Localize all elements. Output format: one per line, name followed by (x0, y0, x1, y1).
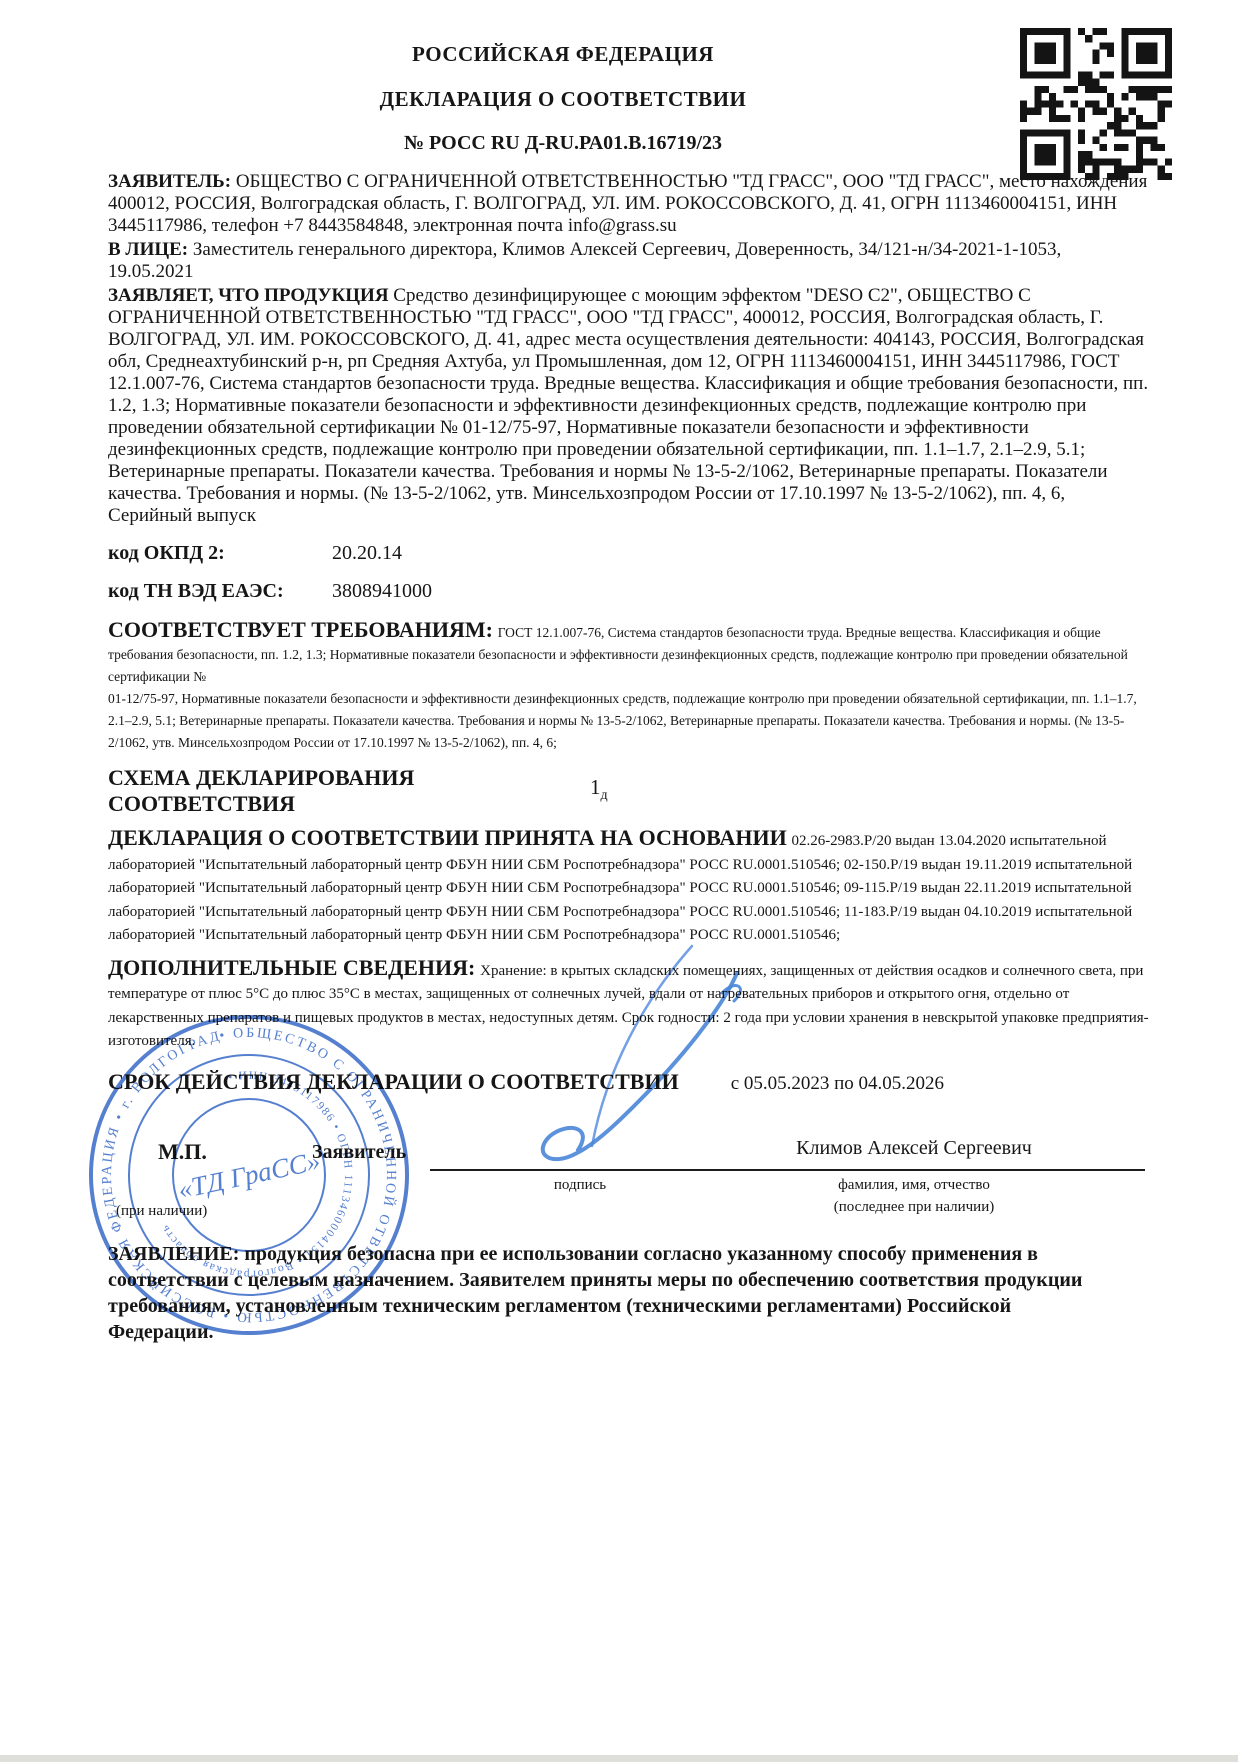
scheme-label: СХЕМА ДЕКЛАРИРОВАНИЯ СООТВЕТСТВИЯ (108, 765, 528, 817)
okpd-row: код ОКПД 2: 20.20.14 (108, 542, 1150, 565)
applicant-text: ОБЩЕСТВО С ОГРАНИЧЕННОЙ ОТВЕТСТВЕННОСТЬЮ… (108, 171, 1147, 236)
complies-label: СООТВЕТСТВУЕТ ТРЕБОВАНИЯМ: (108, 617, 493, 642)
declaration-document: РОССИЙСКАЯ ФЕДЕРАЦИЯ ДЕКЛАРАЦИЯ О СООТВЕ… (0, 0, 1238, 1762)
stamp-center-text: «ТД ГраСС» (175, 1145, 322, 1204)
document-number: № РОСС RU Д-RU.РА01.В.16719/23 (108, 132, 1018, 155)
company-stamp: • ОБЩЕСТВО С ОГРАНИЧЕННОЙ ОТВЕТСТВЕННОСТ… (51, 977, 447, 1373)
okpd-value: 20.20.14 (332, 542, 402, 565)
document-title: ДЕКЛАРАЦИЯ О СООТВЕТСТВИИ (108, 87, 1018, 112)
tnved-row: код ТН ВЭД ЕАЭС: 3808941000 (108, 580, 1150, 603)
scan-artifact-bar (0, 1755, 1238, 1762)
tnved-label: код ТН ВЭД ЕАЭС: (108, 580, 332, 603)
declares-paragraph: ЗАЯВЛЯЕТ, ЧТО ПРОДУКЦИЯ Средство дезинфи… (108, 285, 1150, 527)
country-title: РОССИЙСКАЯ ФЕДЕРАЦИЯ (108, 42, 1018, 67)
basis-paragraph: ДЕКЛАРАЦИЯ О СООТВЕТСТВИИ ПРИНЯТА НА ОСН… (108, 827, 1150, 947)
complies-text: ГОСТ 12.1.007-76, Система стандартов без… (108, 625, 1137, 750)
basis-label: ДЕКЛАРАЦИЯ О СООТВЕТСТВИИ ПРИНЯТА НА ОСН… (108, 825, 787, 850)
scheme-value-sub: д (601, 788, 608, 803)
scheme-value-main: 1 (590, 775, 601, 799)
handwritten-signature (392, 938, 772, 1208)
okpd-label: код ОКПД 2: (108, 542, 332, 565)
declares-label: ЗАЯВЛЯЕТ, ЧТО ПРОДУКЦИЯ (108, 285, 389, 306)
scheme-value: 1д (590, 775, 608, 804)
in-person-paragraph: В ЛИЦЕ: Заместитель генерального директо… (108, 239, 1150, 283)
applicant-paragraph: ЗАЯВИТЕЛЬ: ОБЩЕСТВО С ОГРАНИЧЕННОЙ ОТВЕТ… (108, 171, 1150, 237)
scheme-row: СХЕМА ДЕКЛАРИРОВАНИЯ СООТВЕТСТВИЯ 1д (108, 765, 1150, 817)
in-person-text: Заместитель генерального директора, Клим… (108, 239, 1061, 282)
tnved-value: 3808941000 (332, 580, 432, 603)
document-header: РОССИЙСКАЯ ФЕДЕРАЦИЯ ДЕКЛАРАЦИЯ О СООТВЕ… (108, 42, 1018, 155)
applicant-label: ЗАЯВИТЕЛЬ: (108, 171, 231, 192)
declares-text: Средство дезинфицирующее с моющим эффект… (108, 285, 1148, 526)
complies-paragraph: СООТВЕТСТВУЕТ ТРЕБОВАНИЯМ: ГОСТ 12.1.007… (108, 619, 1150, 753)
in-person-label: В ЛИЦЕ: (108, 239, 188, 260)
